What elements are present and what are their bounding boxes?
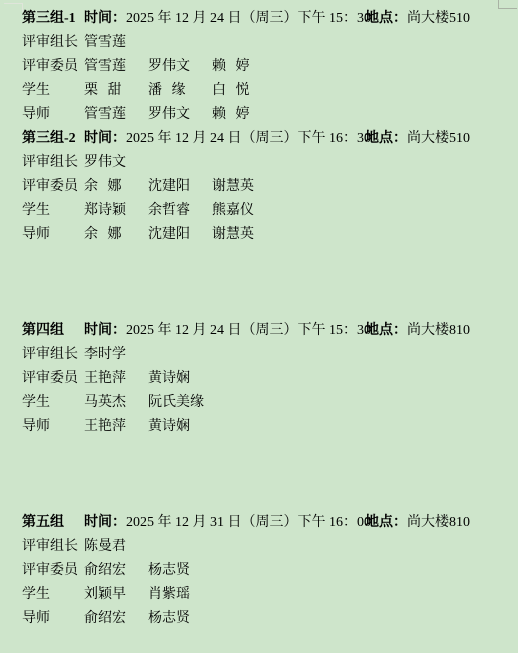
row-label: 评审委员 xyxy=(22,55,84,79)
row-students: 学生郑诗颖余哲睿熊嘉仪 xyxy=(22,199,518,223)
group-header-row: 第三组-2 时间：2025 年 12 月 24 日（周三）下午 16：30 地点… xyxy=(22,127,518,151)
location-field: 地点：尚大楼810 xyxy=(365,319,470,343)
person-name: 谢慧英 xyxy=(212,175,276,199)
row-advisors: 导师余 娜沈建阳谢慧英 xyxy=(22,223,518,247)
row-label: 导师 xyxy=(22,103,84,127)
names-list: 王艳萍黄诗娴 xyxy=(84,367,212,391)
people-rows: 评审组长管雪莲评审委员管雪莲罗伟文赖 婷学生栗 甜潘 缘白 悦导师管雪莲罗伟文赖… xyxy=(22,31,518,127)
row-advisors: 导师管雪莲罗伟文赖 婷 xyxy=(22,103,518,127)
person-name: 管雪莲 xyxy=(84,55,148,79)
person-name: 阮氏美缘 xyxy=(148,391,212,415)
time-value: 2025 年 12 月 24 日（周三）下午 16：30 xyxy=(126,131,371,146)
person-name: 余 娜 xyxy=(84,175,148,199)
row-label: 导师 xyxy=(22,415,84,439)
row-leader: 评审组长李时学 xyxy=(22,343,518,367)
person-name: 肖紫瑶 xyxy=(148,583,212,607)
row-label: 评审组长 xyxy=(22,151,84,175)
row-label: 评审组长 xyxy=(22,31,84,55)
person-name: 杨志贤 xyxy=(148,607,212,631)
group-section: 第三组-2 时间：2025 年 12 月 24 日（周三）下午 16：30 地点… xyxy=(22,127,518,247)
row-label: 学生 xyxy=(22,199,84,223)
location-label: 地点： xyxy=(365,131,407,146)
group-section: 第三组-1 时间：2025 年 12 月 24 日（周三）下午 15：30 地点… xyxy=(22,7,518,127)
row-label: 学生 xyxy=(22,391,84,415)
person-name: 刘颖早 xyxy=(84,583,148,607)
person-name: 赖 婷 xyxy=(212,55,276,79)
person-name: 俞绍宏 xyxy=(84,607,148,631)
row-advisors: 导师王艳萍黄诗娴 xyxy=(22,415,518,439)
person-name: 王艳萍 xyxy=(84,367,148,391)
row-label: 评审委员 xyxy=(22,367,84,391)
row-label: 评审组长 xyxy=(22,343,84,367)
row-label: 学生 xyxy=(22,583,84,607)
group-title: 第三组-2 xyxy=(22,127,84,151)
person-name: 沈建阳 xyxy=(148,223,212,247)
location-label: 地点： xyxy=(365,323,407,338)
row-leader: 评审组长管雪莲 xyxy=(22,31,518,55)
row-committee: 评审委员俞绍宏杨志贤 xyxy=(22,559,518,583)
names-list: 管雪莲 xyxy=(84,31,148,55)
document-page: 第三组-1 时间：2025 年 12 月 24 日（周三）下午 15：30 地点… xyxy=(0,0,518,653)
group-section: 第五组 时间：2025 年 12 月 31 日（周三）下午 16：00 地点：尚… xyxy=(22,511,518,631)
names-list: 管雪莲罗伟文赖 婷 xyxy=(84,55,276,79)
names-list: 俞绍宏杨志贤 xyxy=(84,559,212,583)
row-students: 学生马英杰阮氏美缘 xyxy=(22,391,518,415)
person-name: 管雪莲 xyxy=(84,31,148,55)
row-committee: 评审委员管雪莲罗伟文赖 婷 xyxy=(22,55,518,79)
group-header-row: 第四组 时间：2025 年 12 月 24 日（周三）下午 15：30 地点：尚… xyxy=(22,319,518,343)
group-header-row: 第三组-1 时间：2025 年 12 月 24 日（周三）下午 15：30 地点… xyxy=(22,7,518,31)
row-label: 评审委员 xyxy=(22,559,84,583)
row-label: 评审组长 xyxy=(22,535,84,559)
row-committee: 评审委员王艳萍黄诗娴 xyxy=(22,367,518,391)
person-name: 李时学 xyxy=(84,343,148,367)
names-list: 陈曼君 xyxy=(84,535,148,559)
person-name: 余 娜 xyxy=(84,223,148,247)
location-label: 地点： xyxy=(365,515,407,530)
table-gridline-corner-left-icon xyxy=(4,3,23,12)
table-gridline-corner-right-icon xyxy=(498,0,517,9)
person-name: 黄诗娴 xyxy=(148,367,212,391)
names-list: 马英杰阮氏美缘 xyxy=(84,391,212,415)
row-label: 导师 xyxy=(22,607,84,631)
person-name: 郑诗颖 xyxy=(84,199,148,223)
group-title: 第四组 xyxy=(22,319,84,343)
person-name: 赖 婷 xyxy=(212,103,276,127)
person-name: 马英杰 xyxy=(84,391,148,415)
row-label: 学生 xyxy=(22,79,84,103)
person-name: 罗伟文 xyxy=(148,103,212,127)
time-value: 2025 年 12 月 24 日（周三）下午 15：30 xyxy=(126,11,371,26)
time-field: 时间：2025 年 12 月 31 日（周三）下午 16：00 xyxy=(84,511,365,535)
person-name: 罗伟文 xyxy=(84,151,148,175)
names-list: 余 娜沈建阳谢慧英 xyxy=(84,175,276,199)
person-name: 余哲睿 xyxy=(148,199,212,223)
row-leader: 评审组长罗伟文 xyxy=(22,151,518,175)
person-name: 俞绍宏 xyxy=(84,559,148,583)
location-value: 尚大楼510 xyxy=(407,131,470,146)
row-label: 导师 xyxy=(22,223,84,247)
person-name: 王艳萍 xyxy=(84,415,148,439)
location-value: 尚大楼810 xyxy=(407,323,470,338)
time-label: 时间： xyxy=(84,323,126,338)
names-list: 俞绍宏杨志贤 xyxy=(84,607,212,631)
time-label: 时间： xyxy=(84,11,126,26)
person-name: 杨志贤 xyxy=(148,559,212,583)
group-title: 第五组 xyxy=(22,511,84,535)
location-value: 尚大楼510 xyxy=(407,11,470,26)
group-header-row: 第五组 时间：2025 年 12 月 31 日（周三）下午 16：00 地点：尚… xyxy=(22,511,518,535)
people-rows: 评审组长罗伟文评审委员余 娜沈建阳谢慧英学生郑诗颖余哲睿熊嘉仪导师余 娜沈建阳谢… xyxy=(22,151,518,247)
person-name: 谢慧英 xyxy=(212,223,276,247)
time-field: 时间：2025 年 12 月 24 日（周三）下午 15：30 xyxy=(84,7,365,31)
names-list: 李时学 xyxy=(84,343,148,367)
people-rows: 评审组长李时学评审委员王艳萍黄诗娴学生马英杰阮氏美缘导师王艳萍黄诗娴 xyxy=(22,343,518,439)
names-list: 郑诗颖余哲睿熊嘉仪 xyxy=(84,199,276,223)
person-name: 陈曼君 xyxy=(84,535,148,559)
person-name: 管雪莲 xyxy=(84,103,148,127)
people-rows: 评审组长陈曼君评审委员俞绍宏杨志贤学生刘颖早肖紫瑶导师俞绍宏杨志贤 xyxy=(22,535,518,631)
time-value: 2025 年 12 月 31 日（周三）下午 16：00 xyxy=(126,515,371,530)
time-label: 时间： xyxy=(84,131,126,146)
person-name: 沈建阳 xyxy=(148,175,212,199)
location-value: 尚大楼810 xyxy=(407,515,470,530)
time-field: 时间：2025 年 12 月 24 日（周三）下午 15：30 xyxy=(84,319,365,343)
person-name: 熊嘉仪 xyxy=(212,199,276,223)
row-students: 学生栗 甜潘 缘白 悦 xyxy=(22,79,518,103)
person-name: 潘 缘 xyxy=(148,79,212,103)
location-field: 地点：尚大楼510 xyxy=(365,7,470,31)
names-list: 管雪莲罗伟文赖 婷 xyxy=(84,103,276,127)
time-field: 时间：2025 年 12 月 24 日（周三）下午 16：30 xyxy=(84,127,365,151)
names-list: 栗 甜潘 缘白 悦 xyxy=(84,79,276,103)
location-label: 地点： xyxy=(365,11,407,26)
row-leader: 评审组长陈曼君 xyxy=(22,535,518,559)
names-list: 余 娜沈建阳谢慧英 xyxy=(84,223,276,247)
person-name: 栗 甜 xyxy=(84,79,148,103)
person-name: 白 悦 xyxy=(212,79,276,103)
group-title: 第三组-1 xyxy=(22,7,84,31)
row-committee: 评审委员余 娜沈建阳谢慧英 xyxy=(22,175,518,199)
time-value: 2025 年 12 月 24 日（周三）下午 15：30 xyxy=(126,323,371,338)
names-list: 王艳萍黄诗娴 xyxy=(84,415,212,439)
time-label: 时间： xyxy=(84,515,126,530)
group-section: 第四组 时间：2025 年 12 月 24 日（周三）下午 15：30 地点：尚… xyxy=(22,319,518,439)
row-label: 评审委员 xyxy=(22,175,84,199)
person-name: 黄诗娴 xyxy=(148,415,212,439)
names-list: 罗伟文 xyxy=(84,151,148,175)
person-name: 罗伟文 xyxy=(148,55,212,79)
location-field: 地点：尚大楼510 xyxy=(365,127,470,151)
names-list: 刘颖早肖紫瑶 xyxy=(84,583,212,607)
location-field: 地点：尚大楼810 xyxy=(365,511,470,535)
row-students: 学生刘颖早肖紫瑶 xyxy=(22,583,518,607)
row-advisors: 导师俞绍宏杨志贤 xyxy=(22,607,518,631)
schedule-sections: 第三组-1 时间：2025 年 12 月 24 日（周三）下午 15：30 地点… xyxy=(22,7,518,631)
